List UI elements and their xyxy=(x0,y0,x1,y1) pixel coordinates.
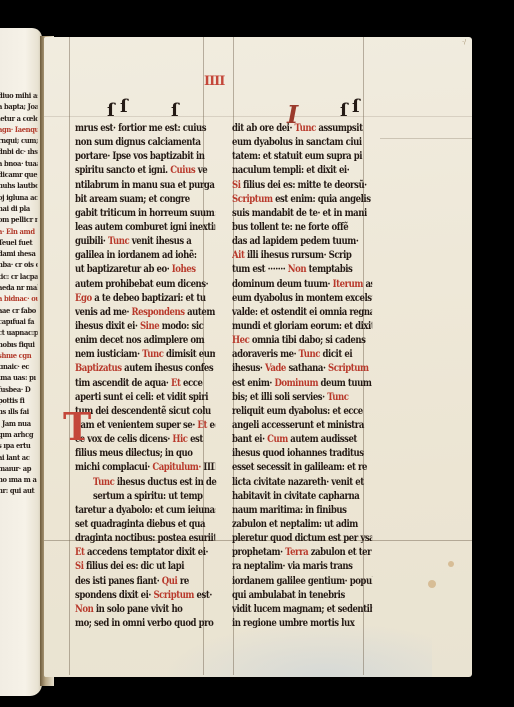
left-page-line: oj igluna acm xyxy=(0,192,38,203)
text-line: valde: et ostendit ei omnia regna xyxy=(232,305,372,319)
text-line: tim ascendit de aqua· Et ecce xyxy=(75,376,215,390)
left-page-text: diuo mihi as mena bapta; Joanniietur a c… xyxy=(0,90,38,497)
text-line: set quadraginta diebus et qua xyxy=(75,517,215,531)
text-line: leas autem comburet igni inextin xyxy=(75,220,215,234)
text-line: Non in solo pane vivit ho xyxy=(75,602,215,616)
text-line: Scriptum est enim: quia angelis xyxy=(232,192,372,206)
text-line: est enim· Dominum deum tuum adora xyxy=(232,376,372,390)
text-line: mrus est· fortior me est: cuius xyxy=(75,121,215,135)
text-line: spiritu sancto et igni. Cuius ve xyxy=(75,163,215,177)
text-line: tatem: et statuit eum supra pi xyxy=(232,149,372,163)
facing-left-page: diuo mihi as mena bapta; Joanniietur a c… xyxy=(0,28,42,696)
left-page-line: a bidnac· ou xyxy=(0,293,38,304)
text-line: venis ad me· Respondens autem xyxy=(75,305,215,319)
text-line: ihesus quod iohannes traditus xyxy=(232,446,372,460)
text-line: reliquit eum dyabolus: et ecce xyxy=(232,404,372,418)
text-line: Hec omnia tibi dabo; si cadens xyxy=(232,333,372,347)
folio-number: IIII xyxy=(204,74,224,89)
foxing-stain xyxy=(448,561,454,567)
text-line: dit ab ore dei· Tunc assumpsit xyxy=(232,121,372,135)
text-line: Tunc ihesus ductus est in de xyxy=(75,475,233,489)
text-column-left: mrus est· fortior me est: cuiusnon sum d… xyxy=(75,121,215,630)
text-line: ut baptizaretur ab eo· Iohes xyxy=(75,262,215,276)
left-page-line: om pellicr ns xyxy=(0,214,38,225)
text-line: zabulon et neptalim: ut adim xyxy=(232,517,372,531)
left-page-line: fusbea· D xyxy=(0,384,38,395)
ascender-flourish: ſ xyxy=(107,100,115,121)
left-page-line: nuhs lautbo xyxy=(0,180,38,191)
text-line: tum est ······· Non temptabis xyxy=(232,262,372,276)
text-line: ntilabrum in manu sua et purga xyxy=(75,178,215,192)
left-page-line: no ıma m a xyxy=(0,474,38,485)
left-page-line: ns ılls fai xyxy=(0,406,38,417)
text-line: mo; sed in omni verbo quod pro xyxy=(75,616,215,630)
left-page-line: tınaic· ec xyxy=(0,361,38,372)
left-page-line: · Jam nua xyxy=(0,418,38,429)
ascender-flourish: ſ xyxy=(352,96,360,117)
left-page-line: shnıe cgn xyxy=(0,350,38,361)
text-line: das ad lapidem pedem tuum· xyxy=(232,234,372,248)
ascender-flourish: ſ xyxy=(171,100,179,121)
text-line: portare· Ipse vos baptizabit in xyxy=(75,149,215,163)
text-line: draginta noctibus: postea esuriit· xyxy=(75,531,215,545)
left-page-line: dami ıhesa xyxy=(0,248,38,259)
text-line: sertum a spiritu: ut temp xyxy=(75,489,233,503)
foxing-stain xyxy=(428,580,436,588)
left-page-line: s ıpa ertu xyxy=(0,440,38,451)
text-line: iordanem galilee gentium· populus xyxy=(232,574,372,588)
left-page-line: capıfuai fa xyxy=(0,316,38,327)
text-line: guibili· Tunc venit ihesus a xyxy=(75,234,215,248)
text-line: filius meus dilectus; in quo xyxy=(75,446,215,460)
left-page-line: tic: cr lacpa xyxy=(0,271,38,282)
text-line: naum maritima: in finibus xyxy=(232,503,372,517)
left-page-line: nai di pla xyxy=(0,203,38,214)
ruling-line-horizontal xyxy=(380,138,472,139)
text-line: prophetam· Terra zabulon et ter xyxy=(232,545,372,559)
text-line: mundi et gloriam eorum: et dixit ei· xyxy=(232,319,372,333)
text-line: bam et venientem super se· Et ec xyxy=(75,418,215,432)
text-line: naculum templi: et dixit ei· xyxy=(232,163,372,177)
ascender-flourish: ſ xyxy=(120,96,128,117)
text-line: ihesus dixit ei· Sine modo: sic xyxy=(75,319,215,333)
text-line: licta civitate nazareth· venit et xyxy=(232,475,372,489)
text-line: eum dyabolus in montem excelsũ xyxy=(232,291,372,305)
text-line: galilea in iordanem ad iohẽ: xyxy=(75,248,215,262)
left-page-line: a bapta; Joanni xyxy=(0,101,38,112)
left-page-line: agn· Iaenquide xyxy=(0,124,38,135)
left-page-line: ct uapnac:pi xyxy=(0,327,38,338)
text-line: Et accedens temptator dixit ei· xyxy=(75,545,215,559)
left-page-line: qım arhcg xyxy=(0,429,38,440)
text-line: angeli accesserunt et ministra xyxy=(232,418,372,432)
text-line: bis; et illi soli servies· Tunc xyxy=(232,390,372,404)
text-line: enim decet nos adimplere om xyxy=(75,333,215,347)
corner-mark: ·/ xyxy=(462,39,466,46)
text-line: suis mandabit de te· et in mani xyxy=(232,206,372,220)
text-line: Si filius dei es: dic ut lapi xyxy=(75,559,215,573)
text-line: spondens dixit ei· Scriptum est· xyxy=(75,588,215,602)
text-line: autem prohibebat eum dicens· xyxy=(75,277,215,291)
ascender-flourish: ſ xyxy=(340,100,348,121)
left-page-line: ıma uas: pı xyxy=(0,372,38,383)
text-line: esset secessit in galileam: et re xyxy=(232,460,372,474)
text-line: tum dei descendentẽ sicut colu xyxy=(75,404,215,418)
left-page-line: pottis fi xyxy=(0,395,38,406)
text-line: ce vox de celis dicens· Hic est xyxy=(75,432,215,446)
left-page-line: ietur a cœlo que xyxy=(0,113,38,124)
text-line: non sum dignus calciamenta xyxy=(75,135,215,149)
text-line: eum dyabolus in sanctam ciui xyxy=(232,135,372,149)
text-line: nem iusticiam· Tunc dimisit eum· xyxy=(75,347,215,361)
text-line: aperti sunt ei celi: et vidit spiri xyxy=(75,390,215,404)
left-page-line: maıur· ap xyxy=(0,463,38,474)
text-line: gabit triticum in horreum suum: pa xyxy=(75,206,215,220)
text-line: habitavit in civitate capharna xyxy=(232,489,372,503)
left-page-line: nba· cr ois cu xyxy=(0,259,38,270)
left-page-line: a bnoa· tuaa xyxy=(0,158,38,169)
left-page-line: nobıs fiqui xyxy=(0,339,38,350)
left-page-line: Teuel fuet xyxy=(0,237,38,248)
left-page-line: nr: qui aut xyxy=(0,485,38,496)
text-line: ra neptalim· via maris trans xyxy=(232,559,372,573)
text-line: ihesus· Vade sathana· Scriptum xyxy=(232,361,372,375)
text-line: dominum deum tuum· Iterum assumpsit xyxy=(232,277,372,291)
text-line: bit aream suam; et congre xyxy=(75,192,215,206)
text-line: pleretur quod dictum est per ysaiam xyxy=(232,531,372,545)
text-line: qui ambulabat in tenebris xyxy=(232,588,372,602)
ruling-line-vertical xyxy=(69,37,70,675)
text-line: vidit lucem magnam; et sedentibus xyxy=(232,602,372,616)
text-line: Ego a te debeo baptizari: et tu xyxy=(75,291,215,305)
left-page-line: aae cr fabo xyxy=(0,305,38,316)
left-page-line: ai lant ac xyxy=(0,452,38,463)
left-page-line: rnqui; cum; ar m xyxy=(0,135,38,146)
text-line: taretur a dyabolo: et cum ieiunas xyxy=(75,503,215,517)
text-line: bus tollent te: ne forte offẽ xyxy=(232,220,372,234)
decorated-initial-T: T xyxy=(63,408,91,446)
left-page-line: a· Eln amd xyxy=(0,226,38,237)
text-line: Si filius dei es: mitte te deorsũ· xyxy=(232,178,372,192)
text-line: Baptizatus autem ihesus confes xyxy=(75,361,215,375)
left-page-line: dnbi dc· ıhs pıs xyxy=(0,146,38,157)
left-page-line: dicamr que; qm xyxy=(0,169,38,180)
text-line: Ait illi ihesus rursum· Scrip xyxy=(232,248,372,262)
left-page-line: diuo mihi as men xyxy=(0,90,38,101)
text-line: in regione umbre mortis lux xyxy=(232,616,372,630)
text-column-right: dit ab ore dei· Tunc assumpsiteum dyabol… xyxy=(232,121,372,630)
text-line: adoraveris me· Tunc dicit ei xyxy=(232,347,372,361)
text-line: bant ei· Cum autem audisset xyxy=(232,432,372,446)
text-line: des isti panes fiant· Qui re xyxy=(75,574,215,588)
left-page-line: aeda nr mal xyxy=(0,282,38,293)
text-line: michi complacui· Capitulum· IIII· xyxy=(75,460,215,474)
